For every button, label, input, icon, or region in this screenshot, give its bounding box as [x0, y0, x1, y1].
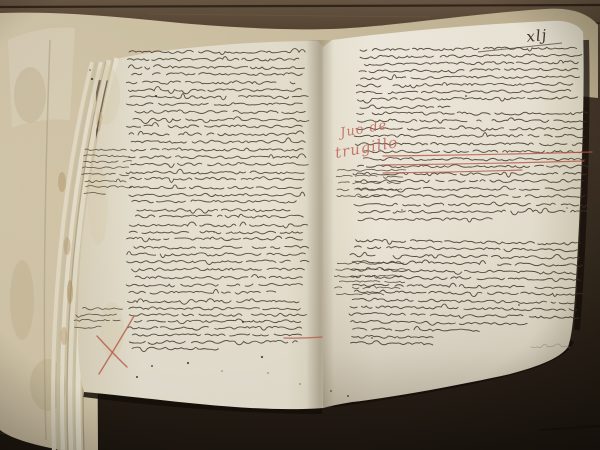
- photo-vignette: [0, 0, 600, 450]
- manuscript-scene: xlj Juo de trugillo: [0, 0, 600, 450]
- manuscript-photo: xlj Juo de trugillo: [0, 0, 600, 450]
